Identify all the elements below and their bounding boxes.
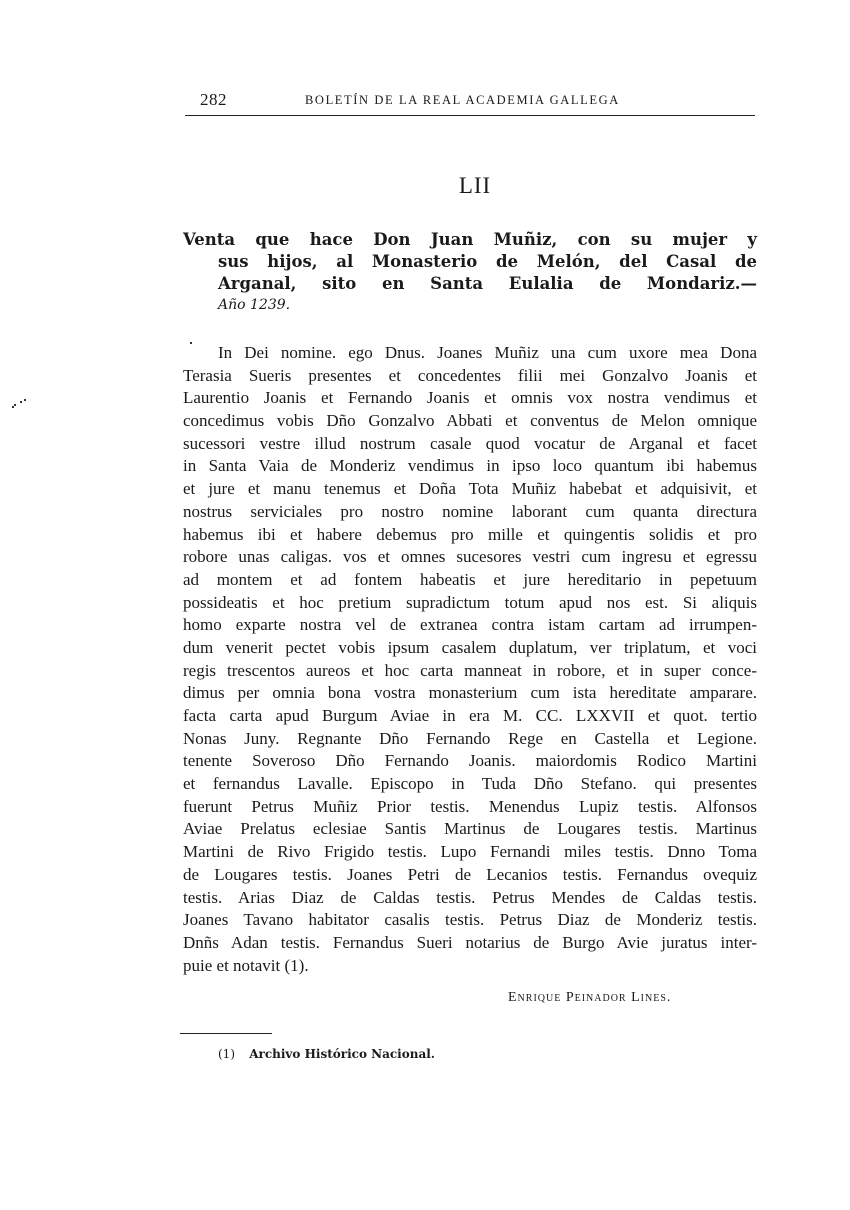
body-line: et jure et manu tenemus et Doña Tota Muñ…	[183, 478, 757, 501]
body-line: ad montem et ad fontem habeatis et jure …	[183, 569, 757, 592]
body-line: possideatis et hoc pretium supradictum t…	[183, 592, 757, 615]
body-line: facta carta apud Burgum Aviae in era M. …	[183, 705, 757, 728]
body-line: In Dei nomine. ego Dnus. Joanes Muñiz un…	[183, 342, 757, 365]
running-head: 282 Boletín de la Real Academia Gallega	[185, 88, 755, 112]
body-line: Martini de Rivo Frigido testis. Lupo Fer…	[183, 841, 757, 864]
scan-speck	[190, 342, 192, 344]
body-line: puie et notavit (1).	[183, 955, 757, 978]
document-number: LII	[0, 173, 850, 199]
body-line: habemus ibi et habere debemus pro mille …	[183, 524, 757, 547]
body-line: et fernandus Lavalle. Episcopo in Tuda D…	[183, 773, 757, 796]
body-line: de Lougares testis. Joanes Petri de Leca…	[183, 864, 757, 887]
title-line: Arganal, sito en Santa Eulalia de Mondar…	[183, 273, 757, 295]
footnote-text: Archivo Histórico Nacional.	[249, 1047, 435, 1061]
title-line: Venta que hace Don Juan Muñiz, con su mu…	[183, 229, 757, 251]
scan-speck	[12, 406, 14, 408]
body-line: Laurentio Joanis et Fernando Joanis et o…	[183, 387, 757, 410]
document-body: In Dei nomine. ego Dnus. Joanes Muñiz un…	[183, 342, 757, 977]
body-line: regis trescentos aureos et hoc carta man…	[183, 660, 757, 683]
scan-speck	[14, 404, 16, 406]
author-signature: Enrique Peinador Lines.	[508, 990, 671, 1006]
footnote: (1) Archivo Histórico Nacional.	[218, 1047, 435, 1061]
title-line: sus hijos, al Monasterio de Melón, del C…	[183, 251, 757, 273]
footnote-rule	[180, 1033, 272, 1034]
body-line: robore unas caligas. vos et omnes suceso…	[183, 546, 757, 569]
body-line: homo exparte nostra vel de extranea cont…	[183, 614, 757, 637]
body-line: dum venerit pectet vobis ipsum casalem d…	[183, 637, 757, 660]
page-number: 282	[200, 90, 227, 110]
body-line: tenente Soveroso Dño Fernando Joanis. ma…	[183, 750, 757, 773]
body-line: dimus per omnia bona vostra monasterium …	[183, 682, 757, 705]
body-line: testis. Arias Diaz de Caldas testis. Pet…	[183, 887, 757, 910]
body-line: concedimus vobis Dño Gonzalvo Abbati et …	[183, 410, 757, 433]
body-line: nostrus serviciales pro nostro nomine la…	[183, 501, 757, 524]
journal-title: Boletín de la Real Academia Gallega	[305, 93, 620, 108]
footnote-mark: (1)	[218, 1047, 235, 1061]
body-line: in Santa Vaia de Monderiz vendimus in ip…	[183, 455, 757, 478]
body-line: Nonas Juny. Regnante Dño Fernando Rege e…	[183, 728, 757, 751]
scan-speck	[24, 399, 26, 401]
body-line: sucessori vestre illud nostrum casale qu…	[183, 433, 757, 456]
scan-speck	[20, 401, 22, 403]
body-line: Aviae Prelatus eclesiae Santis Martinus …	[183, 818, 757, 841]
body-line: fuerunt Petrus Muñiz Prior testis. Menen…	[183, 796, 757, 819]
document-title: Venta que hace Don Juan Muñiz, con su mu…	[183, 229, 757, 316]
body-line: Terasia Sueris presentes et concedentes …	[183, 365, 757, 388]
body-line: Dnñs Adan testis. Fernandus Sueri notari…	[183, 932, 757, 955]
document-year: Año 1239.	[183, 294, 757, 316]
body-line: Joanes Tavano habitator casalis testis. …	[183, 909, 757, 932]
header-rule	[185, 115, 755, 116]
document-page: 282 Boletín de la Real Academia Gallega …	[0, 0, 850, 1210]
